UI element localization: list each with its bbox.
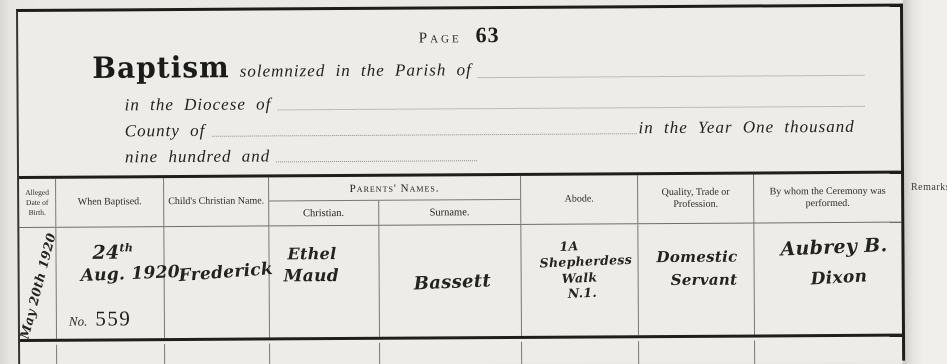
col-header-child-name: Child's Christian Name. bbox=[164, 177, 269, 226]
parent-christian-line2: Maud bbox=[284, 266, 379, 287]
entry-number-value: 559 bbox=[95, 306, 131, 330]
cell-when-baptised: 24th Aug. 1920. No. 559 bbox=[56, 227, 165, 339]
adjacent-page-sliver: Remarks bbox=[903, 0, 947, 364]
col-header-when-baptised: When Baptised. bbox=[56, 178, 164, 227]
entry-number: No. 559 bbox=[69, 306, 132, 331]
nine-hundred-text: nine hundred and bbox=[125, 146, 270, 167]
abode-line4: N.1. bbox=[567, 283, 638, 301]
diocese-blank-line bbox=[277, 106, 864, 111]
col-header-abode: Abode. bbox=[521, 175, 638, 224]
col-header-alleged-date: Alleged Date of Birth. bbox=[19, 179, 56, 227]
next-entry-row-sliver bbox=[20, 340, 902, 364]
next-row-cell bbox=[522, 341, 639, 364]
child-name-handwriting: Frederick bbox=[178, 259, 269, 286]
baptism-title: Baptism bbox=[92, 50, 230, 85]
county-blank-line bbox=[211, 133, 636, 137]
register-caption-block: Page 63 Baptism solemnized in the Parish… bbox=[18, 7, 901, 176]
page-label: Page bbox=[419, 30, 462, 46]
register-entry-row: May 20th 1920 24th Aug. 1920. No. 559 Fr… bbox=[19, 223, 902, 342]
cell-abode: 1A Shepherdess Walk N.1. bbox=[521, 224, 639, 336]
parents-names-subheaders: Christian. Surname. bbox=[269, 200, 520, 226]
cell-parent-surname: Bassett bbox=[379, 225, 522, 337]
col-header-parent-surname: Surname. bbox=[379, 200, 521, 225]
col-header-quality-trade: Quality, Trade or Profession. bbox=[638, 174, 754, 223]
baptism-day-suffix: th bbox=[119, 241, 133, 254]
year-blank-line bbox=[276, 160, 477, 162]
next-row-cell bbox=[57, 344, 165, 364]
cell-ceremony-by: Aubrey B. Dixon bbox=[754, 223, 902, 335]
baptism-day-handwriting: 24th bbox=[92, 241, 163, 264]
cell-quality-trade: Domestic Servant bbox=[638, 223, 755, 335]
officiant-signature-line2: Dixon bbox=[810, 264, 902, 289]
alleged-date-handwriting: May 20th 1920 bbox=[17, 231, 59, 340]
caption-line-county: County of in the Year One thousand bbox=[125, 117, 855, 141]
county-of-text: County of bbox=[125, 121, 206, 141]
baptism-month-year-handwriting: Aug. 1920. bbox=[80, 263, 164, 286]
page-number: 63 bbox=[476, 22, 500, 47]
quality-line1: Domestic bbox=[656, 247, 753, 266]
parent-christian-line1: Ethel bbox=[287, 244, 378, 264]
parents-names-group-label: Parents' Names. bbox=[269, 176, 520, 202]
cell-alleged-date: May 20th 1920 bbox=[19, 228, 57, 339]
officiant-signature-line1: Aubrey B. bbox=[780, 233, 902, 260]
diocese-of-text: in the Diocese of bbox=[125, 94, 272, 115]
col-header-parents-names: Parents' Names. Christian. Surname. bbox=[269, 176, 521, 226]
next-row-cell bbox=[270, 343, 380, 364]
next-row-cell bbox=[380, 342, 522, 364]
entry-number-label: No. bbox=[69, 314, 88, 329]
col-header-parent-christian: Christian. bbox=[269, 201, 379, 226]
next-row-cell bbox=[20, 345, 57, 364]
baptism-register-page: Page 63 Baptism solemnized in the Parish… bbox=[16, 4, 905, 364]
col-header-by-whom: By whom the Ceremony was performed. bbox=[754, 174, 901, 223]
page-number-line: Page 63 bbox=[18, 20, 900, 51]
parish-of-text: solemnized in the Parish of bbox=[240, 60, 472, 81]
parish-blank-line bbox=[478, 75, 865, 78]
baptism-day: 24 bbox=[92, 242, 119, 264]
cell-child-name: Frederick bbox=[164, 226, 270, 338]
caption-line-diocese: in the Diocese of bbox=[125, 91, 867, 116]
next-row-cell bbox=[755, 340, 902, 364]
caption-line-parish: Baptism solemnized in the Parish of bbox=[92, 47, 866, 85]
next-row-cell bbox=[165, 343, 270, 364]
remarks-column-header: Remarks bbox=[911, 182, 947, 193]
table-header-row: Alleged Date of Birth. When Baptised. Ch… bbox=[19, 171, 901, 228]
quality-line2: Servant bbox=[671, 270, 754, 289]
year-one-thousand-text: in the Year One thousand bbox=[638, 117, 854, 138]
next-row-cell bbox=[639, 340, 755, 364]
caption-line-year: nine hundred and bbox=[125, 145, 479, 167]
cell-parent-christian: Ethel Maud bbox=[269, 226, 380, 338]
parent-surname-handwriting: Bassett bbox=[413, 269, 521, 294]
